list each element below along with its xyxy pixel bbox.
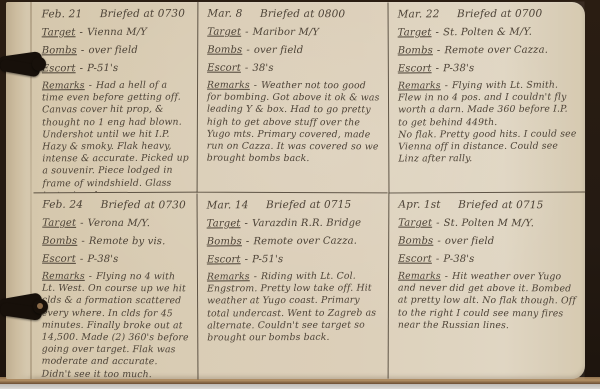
field-target: Target-Verona M/Y. [42,217,190,231]
field-escort: Escort-38's [207,62,381,76]
field-value: Remote over Cazza. [444,45,548,57]
field-bombs: Bombs-Remote by vis. [42,235,190,249]
field-label: Target [42,218,76,229]
field-value: Vienna M/Y [87,27,147,38]
field-separator: - [245,218,249,229]
binding-hole [37,303,43,309]
entry-remarks: Remarks-Riding with Lt. Col. Engstrom. P… [207,271,381,345]
field-escort: Escort-P-38's [398,62,578,76]
notebook-page: Feb. 21 Briefed at 0730 Target-Vienna M/… [6,2,585,379]
entry-footer [398,333,578,334]
field-separator: - [81,45,85,56]
entry-briefed: Briefed at 0715 [266,199,351,211]
log-entry-cell: Feb. 21 Briefed at 0730 Target-Vienna M/… [33,2,198,194]
entry-header: Feb. 24 Briefed at 0730 [42,198,190,214]
entry-briefed: Briefed at 0715 [458,199,543,211]
field-label: Escort [42,254,76,265]
entry-remarks: Remarks-Hit weather over Yugo and never … [398,271,578,333]
field-bombs: Bombs-Remote over Cazza. [398,44,578,58]
field-separator: - [445,80,448,91]
entry-footer [398,166,578,167]
field-separator: - [80,27,84,38]
field-value: over field [445,236,495,247]
field-value: 38's [252,63,273,74]
remarks-label: Remarks [42,80,85,91]
field-value: over field [88,45,138,56]
remarks-label: Remarks [398,80,441,91]
field-target: Target-St. Polten & M/Y. [398,26,578,40]
field-bombs: Bombs-over field [207,44,381,58]
field-label: Escort [42,63,76,74]
field-separator: - [80,63,84,74]
remarks-label: Remarks [42,271,85,282]
entry-remarks: Remarks-Flying no 4 with Lt. West. On co… [42,271,190,380]
entry-date: Mar. 8 [207,8,242,20]
log-entry-cell: Mar. 22 Briefed at 0700 Target-St. Polte… [388,1,586,193]
entry-remarks: Remarks-Had a hell of a time even before… [42,80,191,194]
field-separator: - [437,45,441,56]
field-label: Bombs [207,236,242,247]
field-target: Target-St. Polten M M/Y. [398,217,578,231]
entry-briefed: Briefed at 0730 [100,8,185,20]
field-separator: - [436,27,440,38]
field-separator: - [436,218,440,229]
remarks-text: Flying with Lt. Smith. Flew in no 4 pos.… [398,80,577,165]
field-label: Target [42,27,76,38]
remarks-text: Weather not too good for bombing. Got ab… [207,80,380,164]
remarks-label: Remarks [207,271,250,282]
field-value: Varazdin R.R. Bridge [252,218,361,230]
remarks-text: Flying no 4 with Lt. West. On course up … [42,271,189,379]
field-separator: - [80,218,84,229]
field-separator: - [245,254,249,265]
entry-footer [207,345,381,346]
field-label: Target [207,27,241,38]
notebook-photo: Feb. 21 Briefed at 0730 Target-Vienna M/… [0,0,600,389]
entry-header: Mar. 22 Briefed at 0700 [398,7,578,23]
field-escort: Escort-P-38's [398,253,578,267]
field-separator: - [245,63,249,74]
field-value: Remote over Cazza. [253,236,357,248]
field-label: Bombs [207,45,242,56]
entry-date: Feb. 24 [42,199,83,211]
field-label: Target [398,218,432,229]
field-separator: - [254,80,257,91]
entry-footer [207,166,381,167]
field-label: Escort [398,63,432,74]
field-separator: - [80,254,84,265]
field-label: Bombs [42,236,77,247]
field-label: Escort [207,254,241,265]
field-value: Remote by vis. [89,236,166,247]
field-value: Maribor M/Y [253,27,319,38]
remarks-label: Remarks [398,271,441,282]
field-separator: - [246,45,250,56]
field-label: Bombs [42,45,77,56]
entry-date: Apr. 1st [398,199,440,211]
entry-remarks: Remarks-Weather not too good for bombing… [207,80,381,166]
field-label: Escort [207,63,241,74]
log-entry-cell: Mar. 8 Briefed at 0800 Target-Maribor M/… [197,2,389,194]
entry-date: Feb. 21 [42,8,83,20]
field-separator: - [436,254,440,265]
field-value: St. Polten & M/Y. [443,27,532,38]
log-entry-cell: Feb. 24 Briefed at 0730 Target-Verona M/… [33,193,198,380]
log-grid: Feb. 21 Briefed at 0730 Target-Vienna M/… [33,2,585,379]
log-entry-cell: Apr. 1st Briefed at 0715 Target-St. Polt… [388,193,586,380]
entry-date: Mar. 14 [207,199,249,211]
field-value: St. Polten M M/Y. [444,218,534,229]
field-escort: Escort-P-51's [207,253,381,267]
field-label: Target [207,218,241,229]
field-bombs: Bombs-over field [42,44,190,58]
entry-briefed: Briefed at 0700 [457,8,542,20]
field-separator: - [245,27,249,38]
field-separator: - [436,63,440,74]
field-value: P-51's [87,63,118,74]
field-label: Bombs [398,236,433,247]
entry-header: Feb. 21 Briefed at 0730 [42,7,190,23]
field-escort: Escort-P-51's [42,62,190,76]
field-target: Target-Maribor M/Y [207,26,381,40]
remarks-text: Had a hell of a time even before getting… [42,80,189,194]
field-separator: - [89,80,92,91]
remarks-label: Remarks [207,80,250,91]
field-separator: - [89,271,92,282]
field-value: over field [254,45,304,56]
field-value: P-38's [87,254,118,265]
entry-remarks: Remarks-Flying with Lt. Smith. Flew in n… [398,80,578,166]
field-label: Target [398,27,432,38]
field-separator: - [81,236,85,247]
field-value: P-51's [252,254,283,265]
field-escort: Escort-P-38's [42,253,190,267]
entry-header: Mar. 14 Briefed at 0715 [207,198,381,214]
entry-header: Mar. 8 Briefed at 0800 [207,7,381,23]
field-separator: - [246,236,250,247]
field-value: P-38's [443,63,474,74]
field-separator: - [254,271,257,282]
field-target: Target-Varazdin R.R. Bridge [207,217,381,231]
field-separator: - [445,271,448,282]
field-label: Escort [398,254,432,265]
field-value: P-38's [443,254,474,265]
entry-date: Mar. 22 [398,8,440,20]
entry-briefed: Briefed at 0800 [260,8,345,20]
log-entry-cell: Mar. 14 Briefed at 0715 Target-Varazdin … [197,193,389,380]
entry-briefed: Briefed at 0730 [101,199,186,211]
scan-edge-strip [0,384,600,389]
entry-header: Apr. 1st Briefed at 0715 [398,198,578,214]
field-label: Bombs [398,45,433,56]
field-bombs: Bombs-over field [398,235,578,249]
field-separator: - [437,236,441,247]
binding-cord-knot-top [32,57,46,71]
field-bombs: Bombs-Remote over Cazza. [207,235,381,249]
field-value: Verona M/Y. [88,218,150,229]
field-target: Target-Vienna M/Y [42,26,190,40]
